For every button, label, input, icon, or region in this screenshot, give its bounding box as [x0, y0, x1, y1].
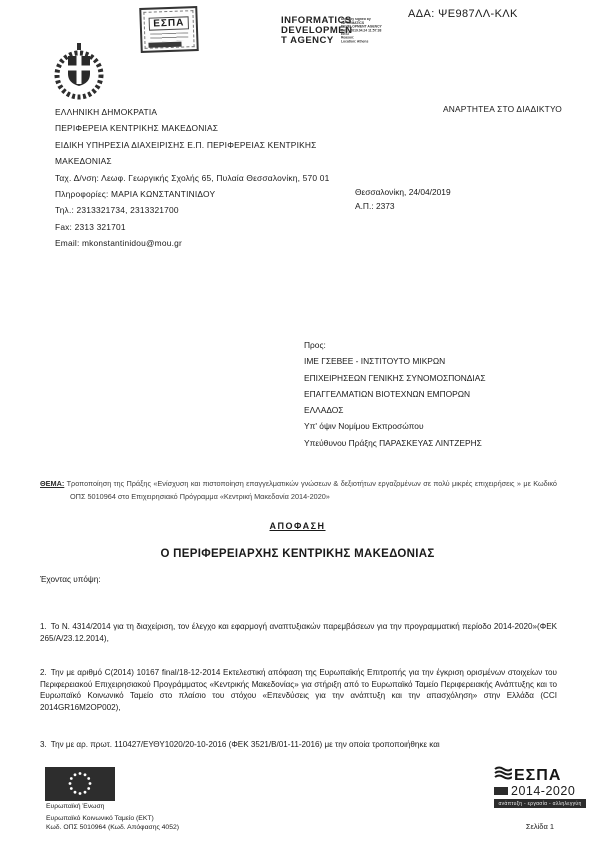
document-page: ΕΣΠΑ INFORMATICS DEVELOPMEN T AGENCY Dig…	[0, 0, 595, 842]
legal-item-1: 1.Το Ν. 4314/2014 για τη διαχείριση, τον…	[40, 621, 557, 644]
espa-stamp: ΕΣΠΑ	[139, 6, 199, 53]
decision-subheading: Ο ΠΕΡΙΦΕΡΕΙΑΡΧΗΣ ΚΕΝΤΡΙΚΗΣ ΜΑΚΕΔΟΝΙΑΣ	[0, 548, 595, 560]
legal-item-number: 2.	[40, 668, 47, 677]
recipient-line: ΕΠΑΓΓΕΛΜΑΤΙΩΝ ΒΙΟΤΕΧΝΩΝ ΕΜΠΟΡΩΝ	[304, 386, 486, 402]
publish-note: ΑΝΑΡΤΗΤΕΑ ΣΤΟ ΔΙΑΔΙΚΤΥΟ	[443, 104, 562, 114]
sender-header-block: ΕΛΛΗΝΙΚΗ ΔΗΜΟΚΡΑΤΙΑ ΠΕΡΙΦΕΡΕΙΑ ΚΕΝΤΡΙΚΗΣ…	[55, 104, 330, 252]
subject-text: Τροποποίηση της Πράξης «Ενίσχυση και πισ…	[67, 479, 557, 501]
fund-info-block: Ευρωπαϊκό Κοινωνικό Ταμείο (ΕΚΤ) Κωδ. ΟΠ…	[46, 814, 179, 832]
org-line: ΜΑΚΕΔΟΝΙΑΣ	[55, 153, 330, 169]
contact-line-info: Πληροφορίες: ΜΑΡΙΑ ΚΩΝΣΤΑΝΤΙΝΙΔΟΥ	[55, 186, 330, 202]
city-date: Θεσσαλονίκη, 24/04/2019	[355, 186, 451, 200]
city-date-block: Θεσσαλονίκη, 24/04/2019 Α.Π.: 2373	[355, 186, 451, 213]
page-number: Σελίδα 1	[494, 822, 586, 831]
espa-stamp-bar	[148, 42, 181, 48]
espa-logo-row: ΕΣΠΑ	[494, 766, 586, 785]
espa-logo-years: 2014-2020	[511, 784, 575, 798]
greek-coat-of-arms-icon	[53, 42, 105, 111]
org-line: ΠΕΡΙΦΕΡΕΙΑ ΚΕΝΤΡΙΚΗΣ ΜΑΚΕΔΟΝΙΑΣ	[55, 120, 330, 136]
legal-item-text: Την με αριθμό C(2014) 10167 final/18-12-…	[40, 668, 557, 712]
recipient-line: ΕΠΙΧΕΙΡΗΣΕΩΝ ΓΕΝΙΚΗΣ ΣΥΝΟΜΟΣΠΟΝΔΙΑΣ	[304, 370, 486, 386]
mini-eu-flag-icon	[494, 787, 508, 795]
recipient-line: ΕΛΛΑΔΟΣ	[304, 402, 486, 418]
org-line: ΕΙΔΙΚΗ ΥΠΗΡΕΣΙΑ ΔΙΑΧΕΙΡΙΣΗΣ Ε.Π. ΠΕΡΙΦΕΡ…	[55, 137, 330, 153]
espa-waves-icon	[494, 766, 512, 785]
signature-detail-line: Location: Athens	[341, 40, 436, 44]
eu-flag-caption: Ευρωπαϊκή Ένωση	[46, 803, 104, 810]
legal-item-text: Την με αρ. πρωτ. 110427/ΕΥΘΥ1020/20-10-2…	[51, 740, 440, 749]
legal-item-2: 2.Την με αριθμό C(2014) 10167 final/18-1…	[40, 667, 557, 713]
subject-label: ΘΕΜΑ:	[40, 479, 64, 488]
recipient-line: Υπ' όψιν Νομίμου Εκπροσώπου	[304, 418, 486, 434]
legal-item-number: 1.	[40, 622, 47, 631]
recipient-label: Προς:	[304, 337, 486, 353]
espa-logo-tagline: ανάπτυξη - εργασία - αλληλεγγύη	[494, 799, 586, 808]
decision-heading: ΑΠΟΦΑΣΗ	[0, 521, 595, 531]
espa-stamp-title: ΕΣΠΑ	[149, 16, 189, 30]
recipient-line: Υπεύθυνου Πράξης ΠΑΡΑΣΚΕΥΑΣ ΛΙΝΤΖΕΡΗΣ	[304, 435, 486, 451]
legal-item-number: 3.	[40, 740, 47, 749]
eu-flag-icon	[45, 767, 115, 806]
legal-item-text: Το Ν. 4314/2014 για τη διαχείριση, τον έ…	[40, 622, 557, 643]
ada-code: ΑΔΑ: ΨΕ987ΛΛ-ΚΛΚ	[408, 8, 518, 20]
fund-line: Ευρωπαϊκό Κοινωνικό Ταμείο (ΕΚΤ)	[46, 814, 179, 823]
org-line: ΕΛΛΗΝΙΚΗ ΔΗΜΟΚΡΑΤΙΑ	[55, 104, 330, 120]
fund-line: Κωδ. ΟΠΣ 5010964 (Κωδ. Απόφασης 4052)	[46, 823, 179, 832]
espa-stamp-smallprint	[150, 32, 188, 41]
digital-signature-details: Digitally signed by INFORMATICS DEVELOPM…	[341, 18, 436, 44]
contact-line-fax: Fax: 2313 321701	[55, 219, 330, 235]
subject-paragraph: ΘΕΜΑ: Τροποποίηση της Πράξης «Ενίσχυση κ…	[40, 477, 557, 503]
recipient-line: ΙΜΕ ΓΣΕΒΕΕ - ΙΝΣΤΙΤΟΥΤΟ ΜΙΚΡΩΝ	[304, 353, 486, 369]
contact-line-phone: Τηλ.: 2313321734, 2313321700	[55, 202, 330, 218]
contact-line-address: Ταχ. Δ/νση: Λεωφ. Γεωργικής Σχολής 65, Π…	[55, 170, 330, 186]
protocol-number: Α.Π.: 2373	[355, 200, 451, 214]
decision-intro: Έχοντας υπόψη:	[40, 575, 101, 584]
espa-logo-title: ΕΣΠΑ	[514, 767, 561, 785]
contact-line-email: Email: mkonstantinidou@mou.gr	[55, 235, 330, 251]
espa-2014-2020-logo: ΕΣΠΑ 2014-2020 ανάπτυξη - εργασία - αλλη…	[494, 766, 586, 808]
legal-item-3: 3.Την με αρ. πρωτ. 110427/ΕΥΘΥ1020/20-10…	[40, 739, 557, 751]
recipient-block: Προς: ΙΜΕ ΓΣΕΒΕΕ - ΙΝΣΤΙΤΟΥΤΟ ΜΙΚΡΩΝ ΕΠΙ…	[304, 337, 486, 451]
espa-stamp-inner: ΕΣΠΑ	[143, 10, 194, 49]
espa-logo-row: 2014-2020	[494, 784, 586, 798]
